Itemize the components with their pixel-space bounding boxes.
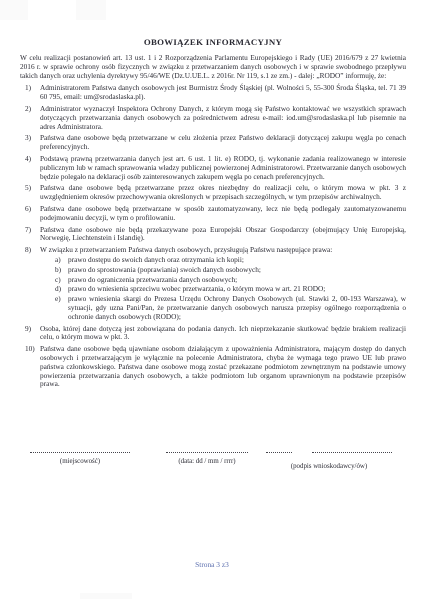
sub-item-text: prawo do ograniczenia przetwarzania dany… (68, 276, 406, 285)
scan-artifact (76, 0, 106, 20)
item-text: Podstawą prawną przetwarzania danych jes… (40, 155, 406, 181)
sub-item-letter: c) (55, 276, 68, 285)
item-number: 2) (20, 105, 40, 131)
sub-item-text: prawo dostępu do swoich danych oraz otrz… (68, 256, 406, 265)
item-number: 9) (20, 325, 40, 343)
list-item-4: 4) Podstawą prawną przetwarzania danych … (20, 155, 406, 181)
item-text: Administrator wyznaczył Inspektora Ochro… (40, 105, 406, 131)
document-body: OBOWIĄZEK INFORMACYJNY W celu realizacji… (20, 37, 406, 392)
sub-item-letter: e) (55, 295, 68, 321)
sub-item-letter: a) (55, 256, 68, 265)
item-number: 6) (20, 205, 40, 223)
list-item-3: 3) Państwa dane osobowe będą przetwarzan… (20, 134, 406, 152)
sub-item-a: a) prawo dostępu do swoich danych oraz o… (40, 256, 406, 265)
list-item-7: 7) Państwa dane osobowe nie będą przekaz… (20, 226, 406, 244)
item-number: 4) (20, 155, 40, 181)
list-item-1: 1) Administratorem Państwa danych osobow… (20, 84, 406, 102)
sub-item-letter: d) (55, 285, 68, 294)
document-title: OBOWIĄZEK INFORMACYJNY (20, 37, 406, 47)
item-text: Państwa dane osobowe będą ujawniane osob… (40, 345, 406, 389)
item-number: 7) (20, 226, 40, 244)
intro-paragraph: W celu realizacji postanowień art. 13 us… (20, 54, 406, 80)
sub-item-e: e) prawo wniesienia skargi do Prezesa Ur… (40, 295, 406, 321)
item-number: 10) (20, 345, 40, 389)
item-text: Osoba, której dane dotyczą jest zobowiąz… (40, 325, 406, 343)
date-signature-line (166, 451, 248, 453)
list-item-10: 10) Państwa dane osobowe będą ujawniane … (20, 345, 406, 389)
item-text: Administratorem Państwa danych osobowych… (40, 84, 406, 102)
sub-item-text: prawo do wniesienia sprzeciwu wobec prze… (68, 285, 406, 294)
date-label: (data: dd / mm / rrrr) (152, 458, 262, 465)
place-label: (miejscowość) (30, 458, 130, 465)
item-text: Państwa dane osobowe nie będą przekazywa… (40, 226, 406, 244)
place-signature-line (30, 451, 130, 453)
sub-item-c: c) prawo do ograniczenia przetwarzania d… (40, 276, 406, 285)
sub-item-letter: b) (55, 266, 68, 275)
item-number: 8) (20, 246, 40, 321)
signature-section: (miejscowość) (data: dd / mm / rrrr) (po… (0, 446, 424, 482)
signature-line (312, 451, 392, 453)
sub-item-d: d) prawo do wniesienia sprzeciwu wobec p… (40, 285, 406, 294)
page-number-footer: Strona 3 z3 (0, 560, 424, 569)
list-item-8: 8) W związku z przetwarzaniem Państwa da… (20, 246, 406, 321)
sub-item-text: prawo wniesienia skargi do Prezesa Urzęd… (68, 295, 406, 321)
scan-artifact (0, 0, 28, 20)
list-item-5: 5) Państwa dane osobowe będą przetwarzan… (20, 184, 406, 202)
item-text: W związku z przetwarzaniem Państwa danyc… (40, 246, 406, 255)
signature-label: (podpis wnioskodawcy/ów) (256, 463, 402, 470)
scan-artifact (80, 593, 132, 599)
item-text: Państwa dane osobowe będą przetwarzane w… (40, 134, 406, 152)
signature-line-short (266, 451, 292, 453)
item-text: Państwa dane osobowe będą przetwarzane p… (40, 184, 406, 202)
item-number: 5) (20, 184, 40, 202)
sub-item-b: b) prawo do sprostowania (poprawiania) s… (40, 266, 406, 275)
document-page: OBOWIĄZEK INFORMACYJNY W celu realizacji… (0, 0, 424, 600)
item-number: 1) (20, 84, 40, 102)
list-item-9: 9) Osoba, której dane dotyczą jest zobow… (20, 325, 406, 343)
list-item-2: 2) Administrator wyznaczył Inspektora Oc… (20, 105, 406, 131)
list-item-6: 6) Państwa dane osobowe będą przetwarzan… (20, 205, 406, 223)
item-text: Państwa dane osobowe będą przetwarzane w… (40, 205, 406, 223)
item-number: 3) (20, 134, 40, 152)
sub-item-text: prawo do sprostowania (poprawiania) swoi… (68, 266, 406, 275)
